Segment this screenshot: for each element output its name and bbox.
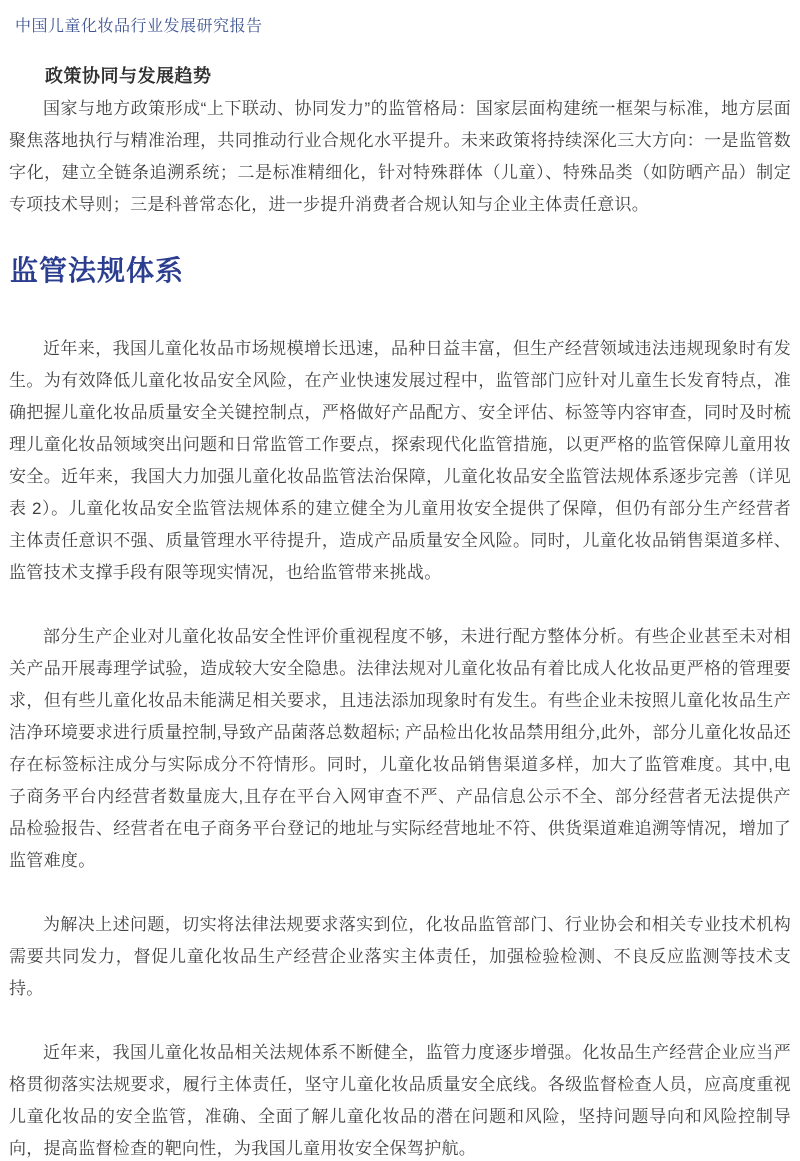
- regulation-paragraph: 部分生产企业对儿童化妆品安全性评价重视程度不够，未进行配方整体分析。有些企业甚至…: [9, 621, 791, 877]
- regulation-paragraphs: 近年来，我国儿童化妆品市场规模增长迅速，品种日益丰富，但生产经营领域违法违规现象…: [9, 333, 791, 1161]
- regulation-paragraph: 为解决上述问题，切实将法律法规要求落实到位，化妆品监管部门、行业协会和相关专业技…: [9, 909, 791, 1005]
- policy-trends-heading: 政策协同与发展趋势: [9, 63, 791, 89]
- report-title: 中国儿童化妆品行业发展研究报告: [15, 15, 791, 39]
- policy-trends-paragraph: 国家与地方政策形成“上下联动、协同发力”的监管格局：国家层面构建统一框架与标准，…: [9, 93, 791, 221]
- regulation-paragraph: 近年来，我国儿童化妆品市场规模增长迅速，品种日益丰富，但生产经营领域违法违规现象…: [9, 333, 791, 589]
- report-page: 中国儿童化妆品行业发展研究报告 政策协同与发展趋势 国家与地方政策形成“上下联动…: [0, 0, 800, 1161]
- regulation-paragraph: 近年来，我国儿童化妆品相关法规体系不断健全，监管力度逐步增强。化妆品生产经营企业…: [9, 1037, 791, 1161]
- regulation-system-heading: 监管法规体系: [10, 254, 791, 288]
